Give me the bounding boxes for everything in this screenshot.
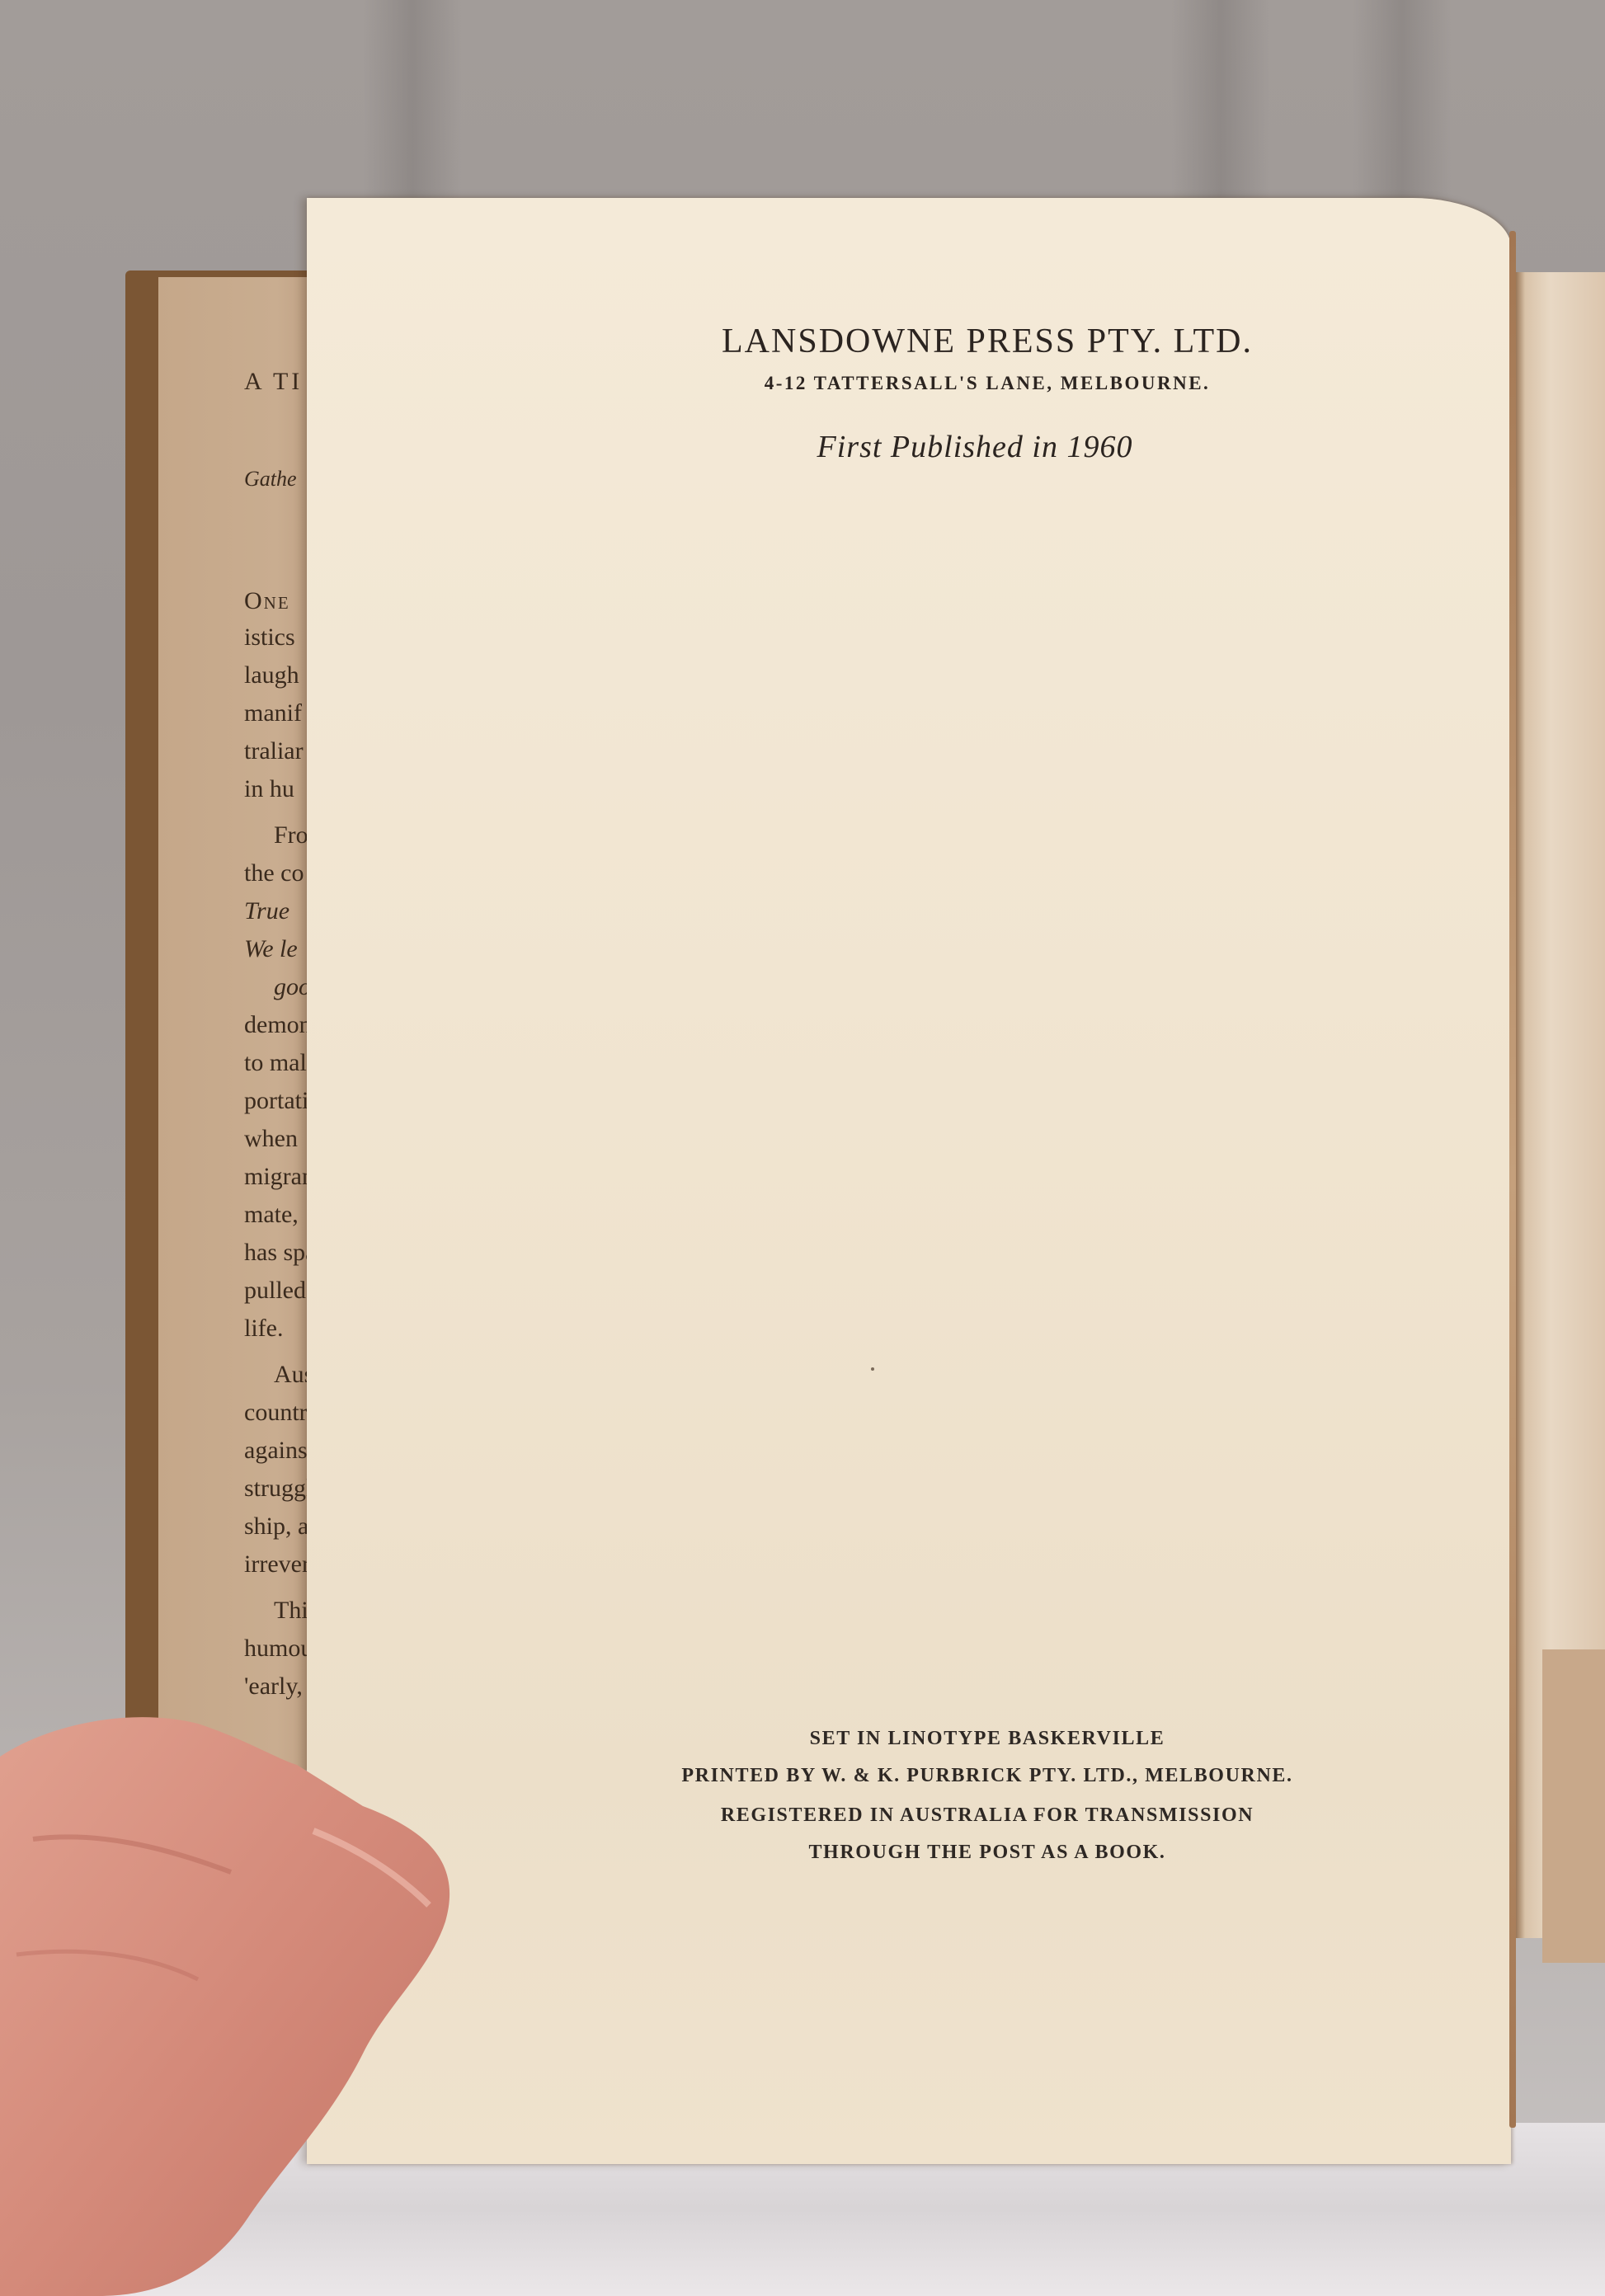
paper-speck [871, 1367, 874, 1371]
back-page-text-line: Fro [274, 821, 308, 849]
back-page-text-line: migran [244, 1163, 314, 1191]
back-page-subtitle: Gathe [244, 467, 297, 492]
back-page-text-line: mate, [244, 1201, 299, 1229]
back-page-text-line: the co [244, 859, 304, 887]
back-page-title: A TI [244, 368, 303, 396]
back-page-text-line: demon [244, 1011, 312, 1039]
back-page-text-line: laugh [244, 661, 299, 689]
publisher-address: 4-12 TATTERSALL'S LANE, MELBOURNE. [307, 373, 1511, 394]
colophon-printer: PRINTED BY W. & K. PURBRICK PTY. LTD., M… [307, 1765, 1511, 1787]
back-page-text-line: ship, a [244, 1513, 308, 1541]
colophon-typeface: SET IN LINOTYPE BASKERVILLE [307, 1728, 1511, 1750]
back-page-text-line: in hu [244, 775, 294, 803]
back-page-text-line: pulled" [244, 1277, 316, 1305]
back-page-text-line: to mal [244, 1049, 307, 1077]
back-page-text-line: One [244, 587, 290, 615]
back-page-text-line: traliar [244, 737, 304, 765]
first-published-line: First Published in 1960 [307, 429, 1511, 465]
back-page-text-line: when [244, 1125, 298, 1153]
publisher-name: LANSDOWNE PRESS PTY. LTD. [307, 322, 1511, 361]
back-page-text-line: life. [244, 1315, 283, 1343]
back-page-text-line: has spa [244, 1239, 316, 1267]
back-page-text-line: True [244, 897, 289, 925]
back-page-text-line: We le [244, 935, 298, 963]
back-page-text-line: against [244, 1437, 314, 1465]
back-page-text-line: 'early, [244, 1673, 303, 1701]
imprint-page: LANSDOWNE PRESS PTY. LTD. 4-12 TATTERSAL… [307, 198, 1511, 2164]
back-page-text-line: manif [244, 699, 302, 727]
colophon-registration-cont: THROUGH THE POST AS A BOOK. [307, 1842, 1511, 1864]
back-page-text-line: istics [244, 623, 295, 652]
back-page-text-line: portati [244, 1087, 308, 1115]
colophon-registration: REGISTERED IN AUSTRALIA FOR TRANSMISSION [307, 1804, 1511, 1827]
right-board [1542, 1649, 1605, 1963]
hand-icon [0, 1707, 462, 2296]
